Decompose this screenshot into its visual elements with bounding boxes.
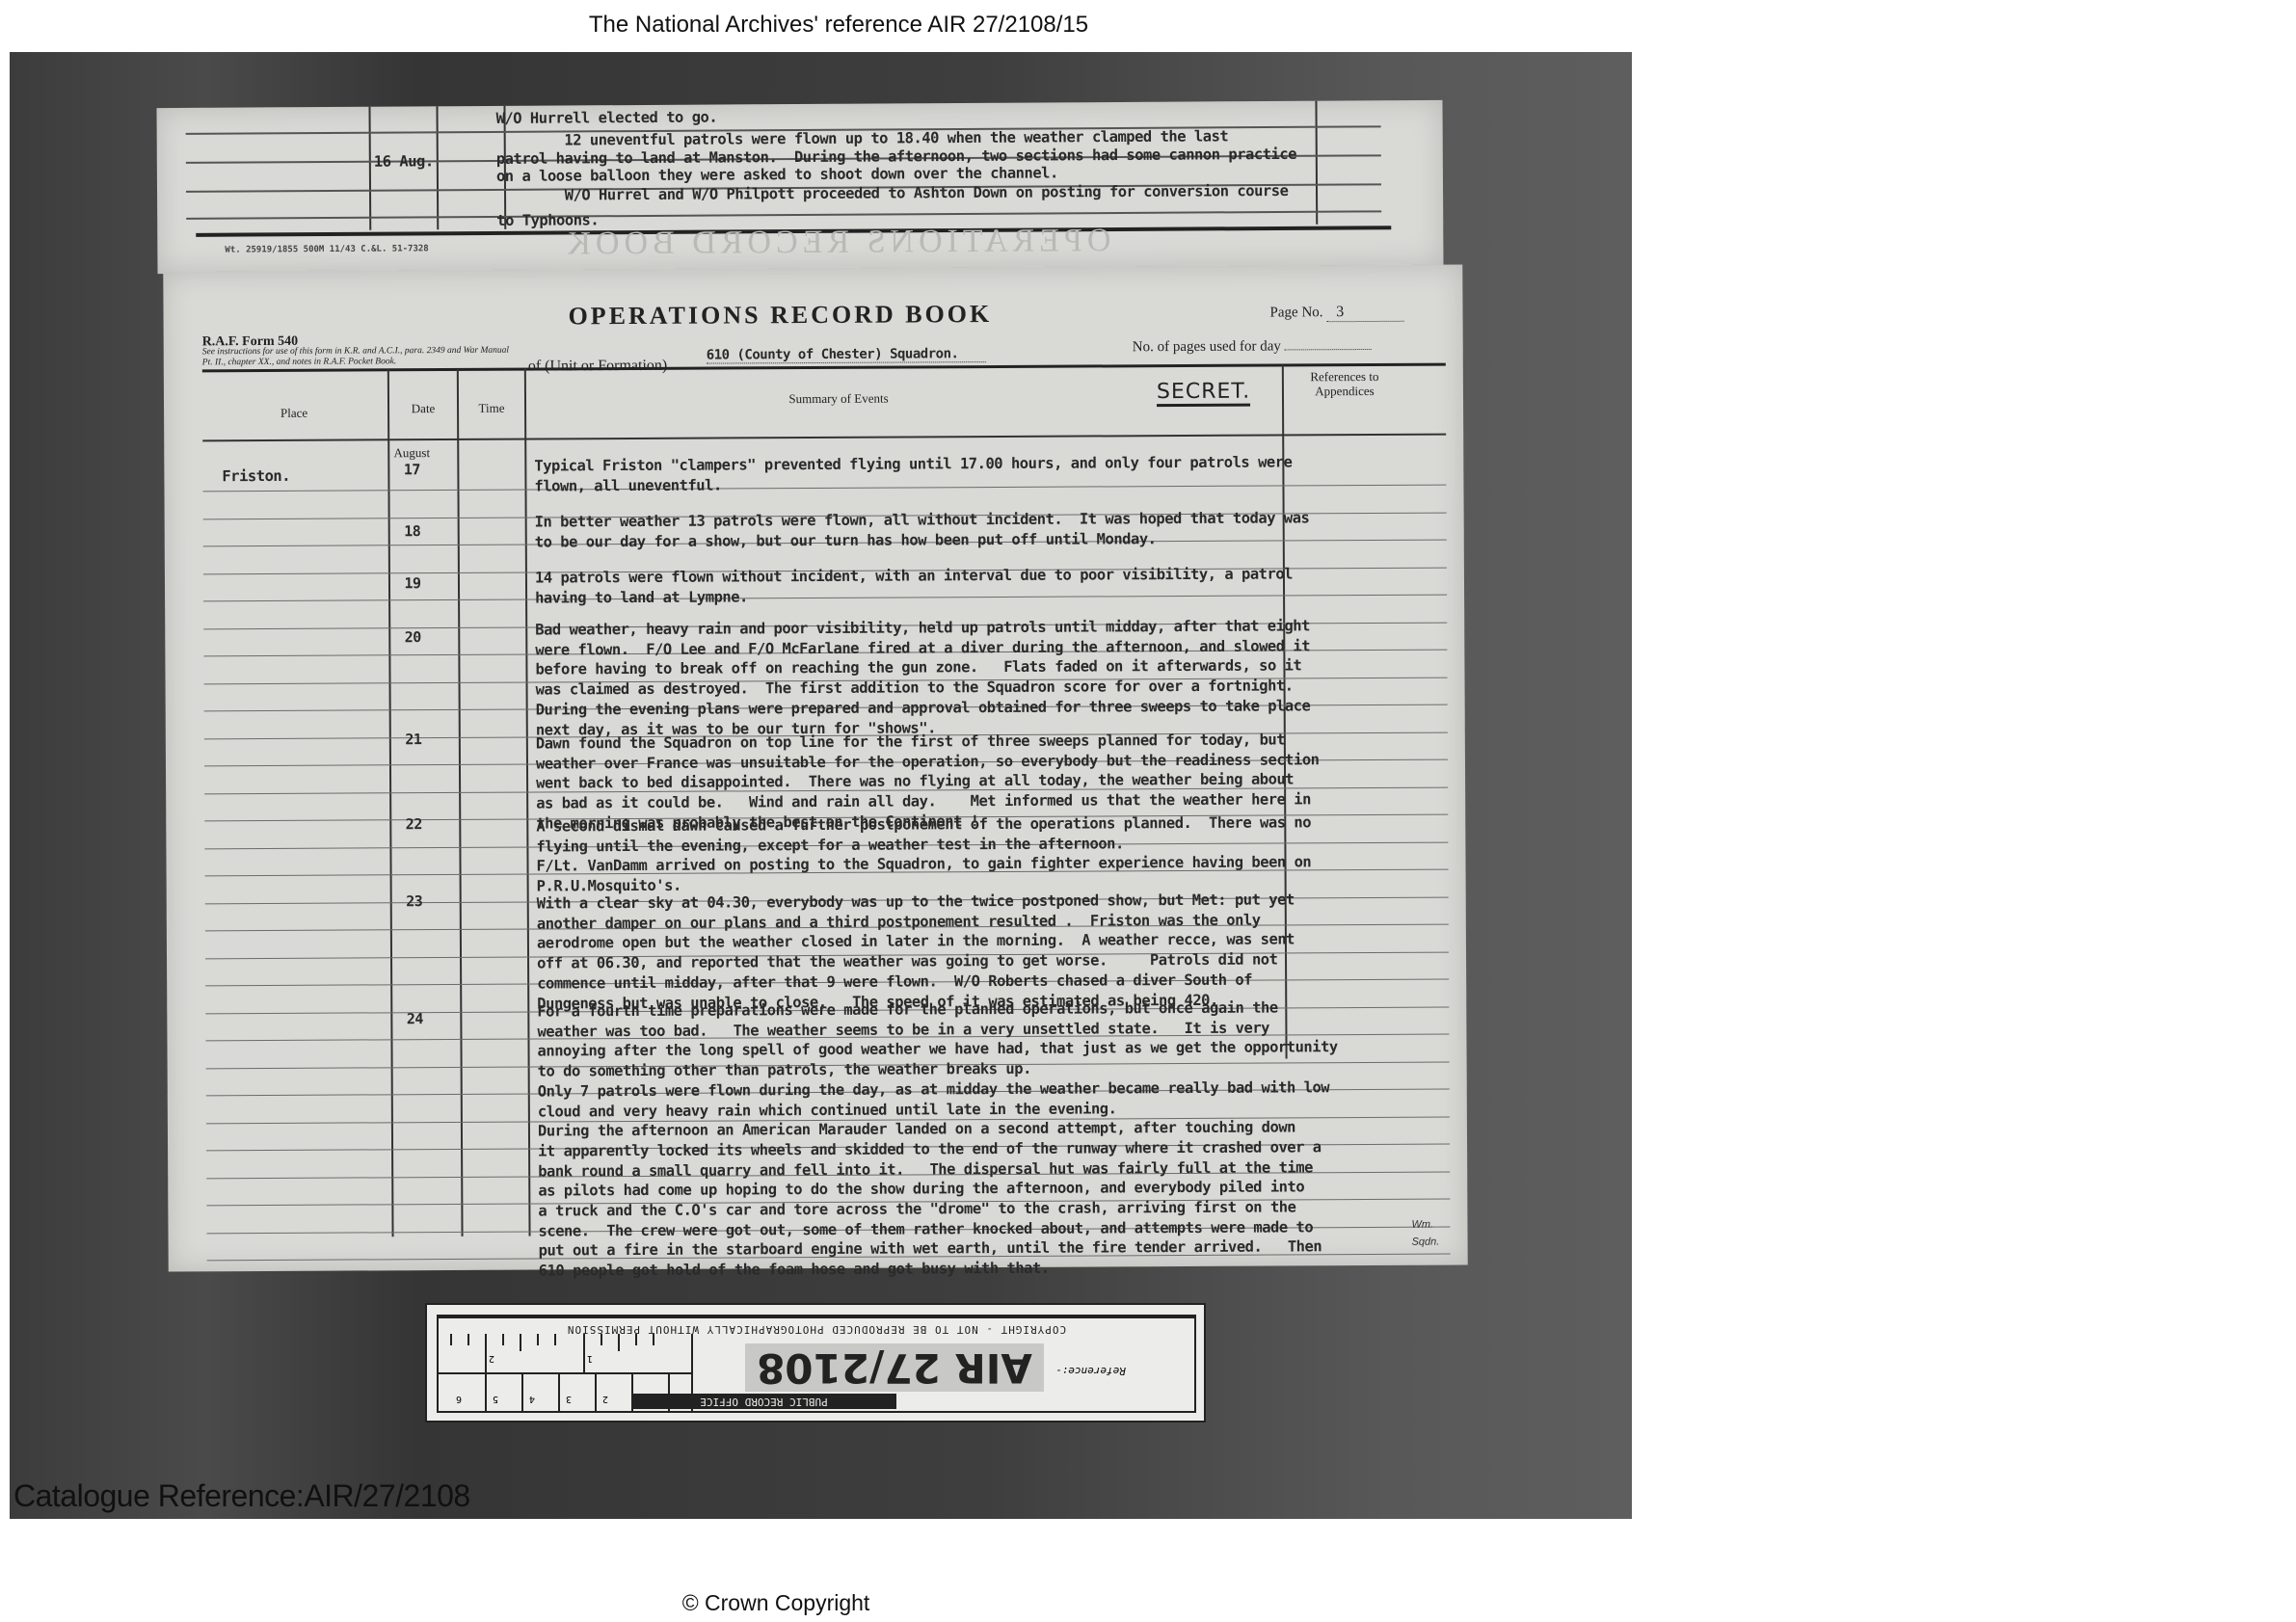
page-no-label: Page No. [1269,305,1322,320]
form-title: OPERATIONS RECORD BOOK [568,300,992,331]
reference-stamp: COPYRIGHT - NOT TO BE REPRODUCED PHOTOGR… [425,1303,1206,1423]
entry-summary: A second dismal dawn caused a further po… [536,812,1311,896]
summary-line: A second dismal dawn caused a further po… [536,812,1311,837]
summary-line: to be our day for a show, but our turn h… [535,528,1310,552]
summary-line: 610 people got hold of the foam hose and… [539,1257,1339,1281]
summary-line: Typical Friston "clampers" prevented fly… [534,452,1292,476]
summary-line: During the evening plans were prepared a… [536,696,1311,720]
ghost-title: OPERATIONS RECORD BOOK [562,223,1110,262]
entry-summary: In better weather 13 patrols were flown,… [535,508,1310,552]
pages-used: No. of pages used for day [1133,338,1372,356]
summary-line: flown, all uneventful. [534,472,1292,496]
entry-summary: 14 patrols were flown without incident, … [535,564,1293,608]
summary-column-line [524,369,531,1236]
summary-line: Only 7 patrols were flown during the day… [538,1077,1338,1102]
public-record-office-label: PUBLIC RECORD OFFICE [631,1394,896,1409]
ruler-number: 4 [529,1394,535,1404]
summary-line: having to land at Lympne. [535,584,1293,608]
ruler-number: 1 [587,1353,593,1364]
date-cell: 19 [379,574,446,592]
date-cell: 22 [380,815,447,833]
entry-summary: Bad weather, heavy rain and poor visibil… [535,616,1310,739]
col-header-time: Time [459,401,524,416]
strip-date: 16 Aug. [374,152,434,170]
form-id-block: R.A.F. Form 540 See instructions for use… [202,335,521,369]
ruler-number: 3 [566,1394,572,1404]
summary-line: In better weather 13 patrols were flown,… [535,508,1310,532]
entry-summary: For a fourth time preparations were made… [537,997,1339,1281]
time-column-line [457,369,464,1236]
ruler-number: 2 [489,1353,494,1364]
time-column-line [436,106,439,229]
archive-reference: The National Archives' reference AIR 27/… [0,12,1677,39]
operations-record-form: OPERATIONS RECORD BOOK Page No. 3 R.A.F.… [163,264,1467,1271]
date-column-line [368,107,371,230]
copyright-notice: COPYRIGHT - NOT TO BE REPRODUCED PHOTOGR… [439,1316,1194,1336]
signature-initials: Wm. [1411,1219,1433,1231]
date-column-line [387,369,394,1236]
date-cell: 21 [380,731,447,748]
summary-line: 14 patrols were flown without incident, … [535,564,1293,588]
col-header-place: Place [202,405,386,421]
form-note: See instructions for use of this form in… [202,346,521,369]
crown-copyright: © Crown Copyright [0,1590,1552,1616]
date-cell: 18 [379,522,446,540]
month-cell: August [378,445,445,461]
ruler-number: 2 [602,1394,608,1404]
col-header-refs: References to Appendices [1287,369,1402,399]
catalogue-reference: Catalogue Reference:AIR/27/2108 [13,1478,470,1514]
col-header-date: Date [389,401,457,416]
page-no-value: 3 [1326,304,1403,322]
summary-line: F/Lt. VanDamm arrived on posting to the … [536,853,1311,877]
col-header-summary: Summary of Events [530,389,1147,408]
pages-used-label: No. of pages used for day [1133,338,1281,355]
row-line [186,210,1381,220]
strip-line: W/O Hurrel and W/O Philpott proceeded to… [496,182,1288,204]
refs-column-line [1315,101,1318,225]
printer-line: Wt. 25919/1855 500M 11/43 C.&L. 51-7328 [225,244,428,254]
summary-line: as bad as it could be. Wind and rain all… [536,789,1320,813]
ruler-number: 5 [493,1394,498,1404]
place-cell: Friston. [222,467,290,485]
ruler-number: 6 [456,1394,462,1404]
entry-summary: Typical Friston "clampers" prevented fly… [534,452,1292,496]
signature-initials: Sqdn. [1412,1236,1440,1248]
pages-used-value [1285,349,1372,350]
entry-summary: With a clear sky at 04.30, everybody was… [537,890,1295,1013]
archive-reference-box: AIR 27/2108 [745,1343,1044,1392]
secret-stamp: SECRET. [1157,380,1250,408]
strip-line: on a loose balloon they were asked to sh… [496,164,1058,185]
date-cell: 17 [378,461,445,478]
strip-line: W/O Hurrell elected to go. [496,109,718,127]
date-cell: 23 [381,892,448,910]
date-cell: 24 [381,1010,448,1027]
page-number: Page No. 3 [1269,304,1403,323]
date-cell: 20 [379,628,446,646]
previous-page-strip: 16 Aug. W/O Hurrell elected to go. 12 un… [156,100,1443,274]
unit-value: 610 (County of Chester) Squadron. [707,346,986,364]
reference-label: Reference:- [1055,1365,1126,1377]
